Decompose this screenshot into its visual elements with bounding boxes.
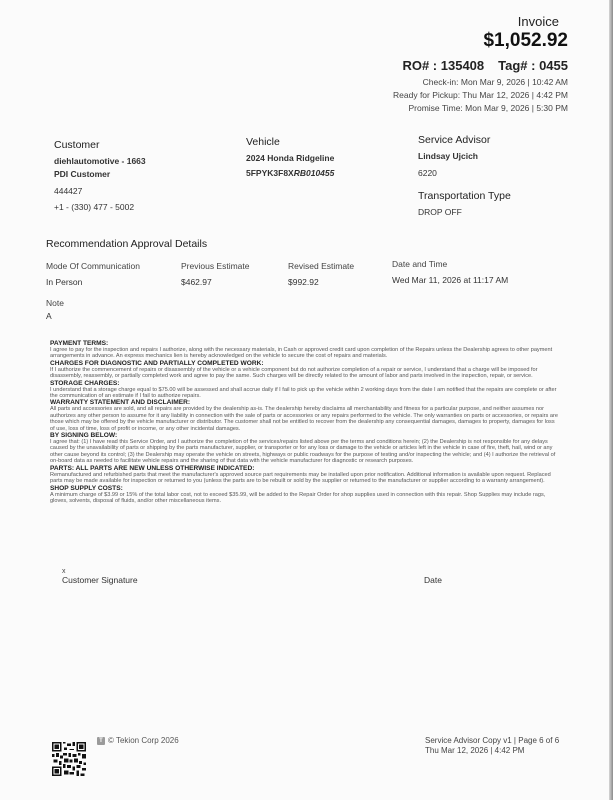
vehicle-block: Vehicle 2024 Honda Ridgeline 5FPYK3F8XRB…: [246, 136, 334, 178]
copyright: T © Tekion Corp 2026: [97, 736, 179, 745]
date-label: Date: [424, 575, 442, 585]
terms-body: Remanufactured and refurbished parts tha…: [50, 472, 560, 485]
service-advisor-name: Lindsay Ujcich: [418, 151, 511, 161]
terms-heading: PAYMENT TERMS:: [50, 340, 560, 347]
terms-heading: STORAGE CHARGES:: [50, 380, 560, 387]
vehicle-vin: 5FPYK3F8XRB010455: [246, 168, 334, 178]
transportation-value: DROP OFF: [418, 207, 511, 217]
customer-name: diehlautomotive - 1663: [54, 156, 146, 166]
rec-label: Mode Of Communication: [46, 261, 140, 271]
rec-label: Date and Time: [392, 259, 508, 269]
customer-id: 444427: [54, 186, 146, 196]
tekion-logo-icon: T: [97, 737, 105, 745]
ro-number: RO# : 135408: [402, 58, 484, 73]
rec-value: In Person: [46, 277, 140, 287]
terms-heading: BY SIGNING BELOW:: [50, 432, 560, 439]
scan-edge-shadow: [609, 0, 613, 800]
promise-time: Promise Time: Mon Mar 9, 2026 | 5:30 PM: [408, 103, 568, 113]
rec-revised-estimate: Revised Estimate $992.92: [288, 261, 354, 287]
recommendation-title: Recommendation Approval Details: [46, 238, 207, 250]
check-in-time: Check-in: Mon Mar 9, 2026 | 10:42 AM: [423, 77, 568, 87]
rec-value: Wed Mar 11, 2026 at 11:17 AM: [392, 275, 508, 285]
terms-heading: WARRANTY STATEMENT AND DISCLAIMER:: [50, 399, 560, 406]
invoice-total: $1,052.92: [483, 30, 568, 52]
rec-previous-estimate: Previous Estimate $462.97: [181, 261, 250, 287]
vehicle-description: 2024 Honda Ridgeline: [246, 153, 334, 163]
terms-body: If I authorize the commencement of repai…: [50, 367, 560, 380]
customer-title: Customer: [54, 139, 146, 151]
terms-body: A minimum charge of $3.99 or 15% of the …: [50, 492, 560, 505]
ro-tag-line: RO# : 135408Tag# : 0455: [402, 58, 568, 73]
terms-body: I understand that a storage charge equal…: [50, 387, 560, 400]
terms-body: I agree to pay for the inspection and re…: [50, 347, 560, 360]
service-advisor-block: Service Advisor Lindsay Ujcich 6220 Tran…: [418, 134, 511, 217]
service-advisor-title: Service Advisor: [418, 134, 511, 146]
rec-label: Revised Estimate: [288, 261, 354, 271]
customer-block: Customer diehlautomotive - 1663 PDI Cust…: [54, 139, 146, 212]
transportation-title: Transportation Type: [418, 190, 511, 202]
terms-body: All parts and accessories are sold, and …: [50, 406, 560, 432]
rec-mode-of-communication: Mode Of Communication In Person: [46, 261, 140, 287]
customer-type: PDI Customer: [54, 169, 146, 179]
rec-value: $462.97: [181, 277, 250, 287]
printed-timestamp: Thu Mar 12, 2026 | 4:42 PM: [425, 746, 559, 756]
rec-label: Previous Estimate: [181, 261, 250, 271]
terms-heading: CHARGES FOR DIAGNOSTIC AND PARTIALLY COM…: [50, 360, 560, 367]
terms-heading: PARTS: ALL PARTS ARE NEW UNLESS OTHERWIS…: [50, 465, 560, 472]
vehicle-title: Vehicle: [246, 136, 334, 148]
tag-number: Tag# : 0455: [498, 58, 568, 73]
terms-heading: SHOP SUPPLY COSTS:: [50, 485, 560, 492]
invoice-label: Invoice: [518, 14, 559, 29]
copyright-text: © Tekion Corp 2026: [108, 736, 179, 745]
signature-x-mark: x: [62, 568, 66, 575]
ready-for-pickup-time: Ready for Pickup: Thu Mar 12, 2026 | 4:4…: [393, 90, 568, 100]
terms-body: I agree that: (1) I have read this Servi…: [50, 439, 560, 465]
customer-phone: +1 - (330) 477 - 5002: [54, 202, 146, 212]
rec-date-and-time: Date and Time Wed Mar 11, 2026 at 11:17 …: [392, 259, 508, 285]
vin-suffix: RB010455: [294, 168, 335, 178]
note-value: A: [46, 311, 52, 321]
qr-code-icon: [52, 741, 86, 777]
rec-value: $992.92: [288, 277, 354, 287]
footer-page-info: Service Advisor Copy v1 | Page 6 of 6 Th…: [425, 736, 559, 756]
customer-signature-label: Customer Signature: [62, 575, 138, 585]
service-advisor-id: 6220: [418, 168, 511, 178]
copy-page-info: Service Advisor Copy v1 | Page 6 of 6: [425, 736, 559, 746]
vin-prefix: 5FPYK3F8X: [246, 168, 294, 178]
terms-and-conditions: PAYMENT TERMS: I agree to pay for the in…: [50, 340, 560, 504]
note-label: Note: [46, 298, 64, 308]
